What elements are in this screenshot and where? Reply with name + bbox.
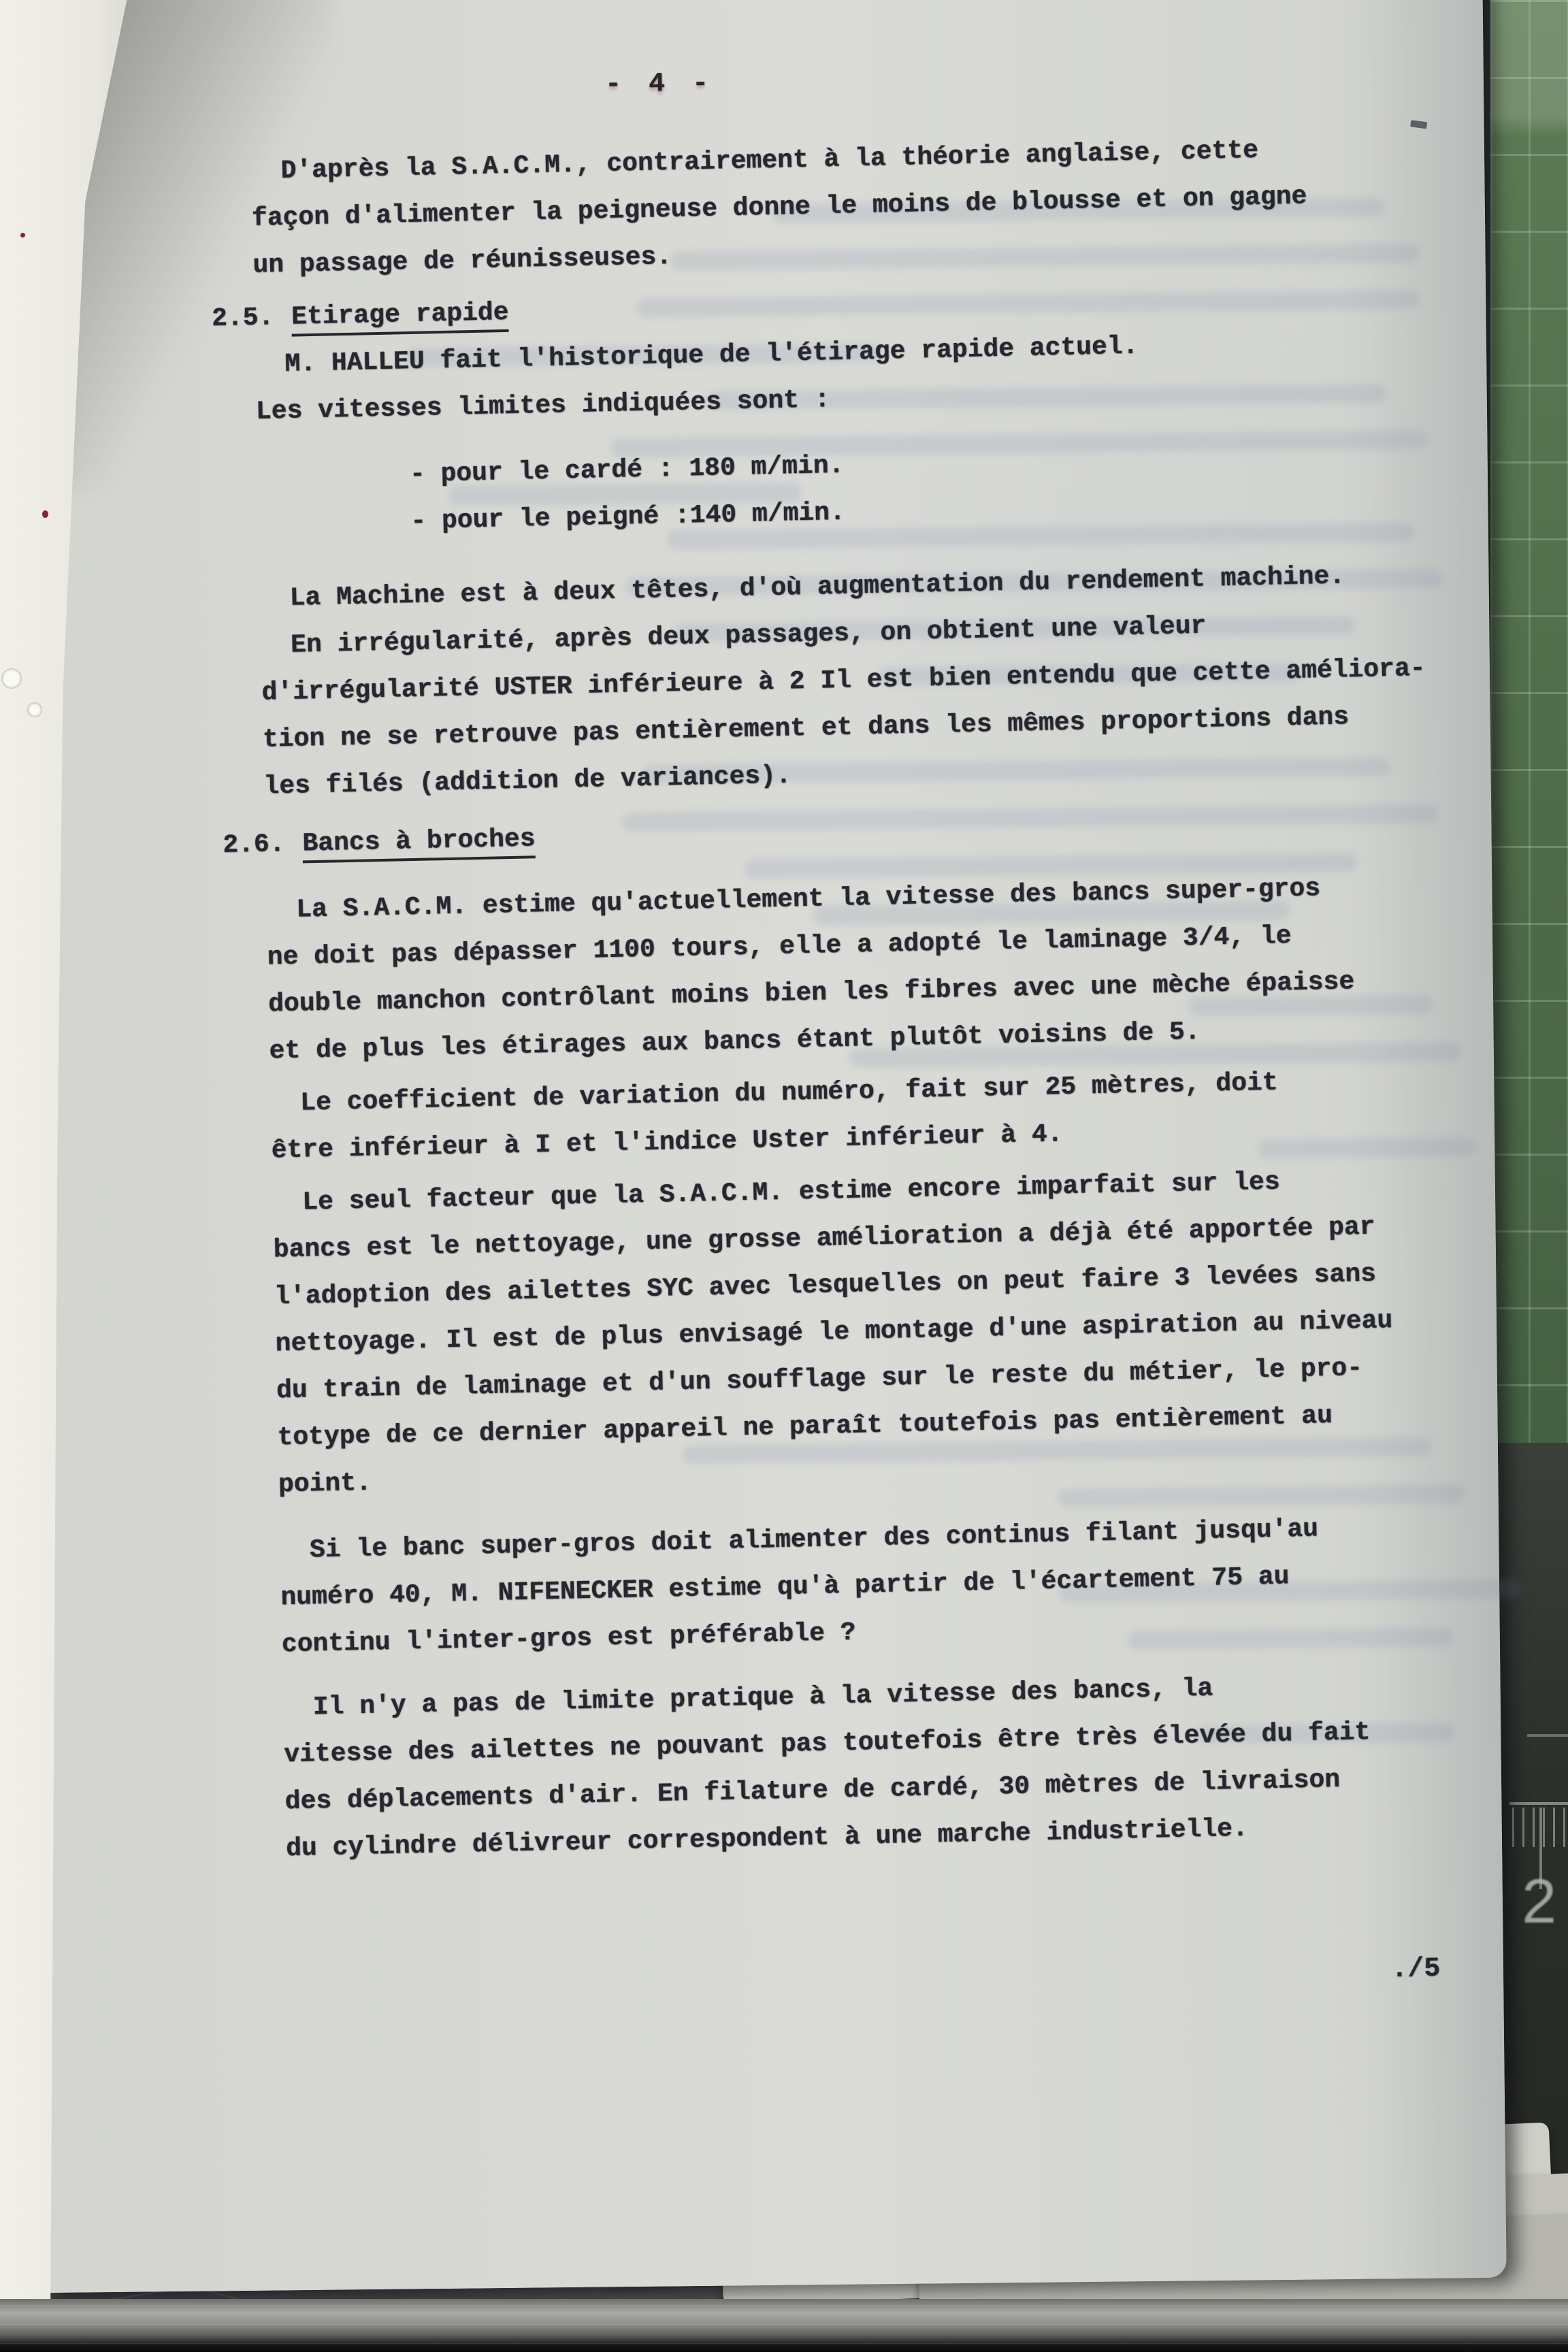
- section-title: Bancs à broches: [302, 824, 536, 863]
- red-speck: [20, 233, 25, 238]
- photo-of-typed-document: 2 - 4 - D'après la S.A.C.M., contraireme…: [0, 0, 1568, 2352]
- section-number: 2.6.: [223, 830, 285, 860]
- section-title: Etirage rapide: [291, 298, 509, 337]
- typed-text: D'après la S.A.C.M., contrairement à la …: [250, 122, 1507, 2014]
- ruler-number-label: 2: [1522, 1866, 1556, 1938]
- continuation-mark: ./5: [1391, 1948, 1507, 1991]
- section-number: 2.5.: [212, 303, 274, 333]
- document-page: - 4 - D'après la S.A.C.M., contrairement…: [20, 0, 1507, 2293]
- ruler-scale-bar: [1509, 1802, 1568, 1805]
- punch-hole: [1, 668, 22, 689]
- punch-hole: [27, 702, 42, 717]
- cutting-mat-grid: [1490, 0, 1568, 1463]
- metal-ruler-strip: [0, 2299, 1568, 2352]
- red-speck: [42, 510, 48, 518]
- page-number: - 4 -: [605, 69, 714, 101]
- ruler-tick: [1527, 1734, 1568, 1737]
